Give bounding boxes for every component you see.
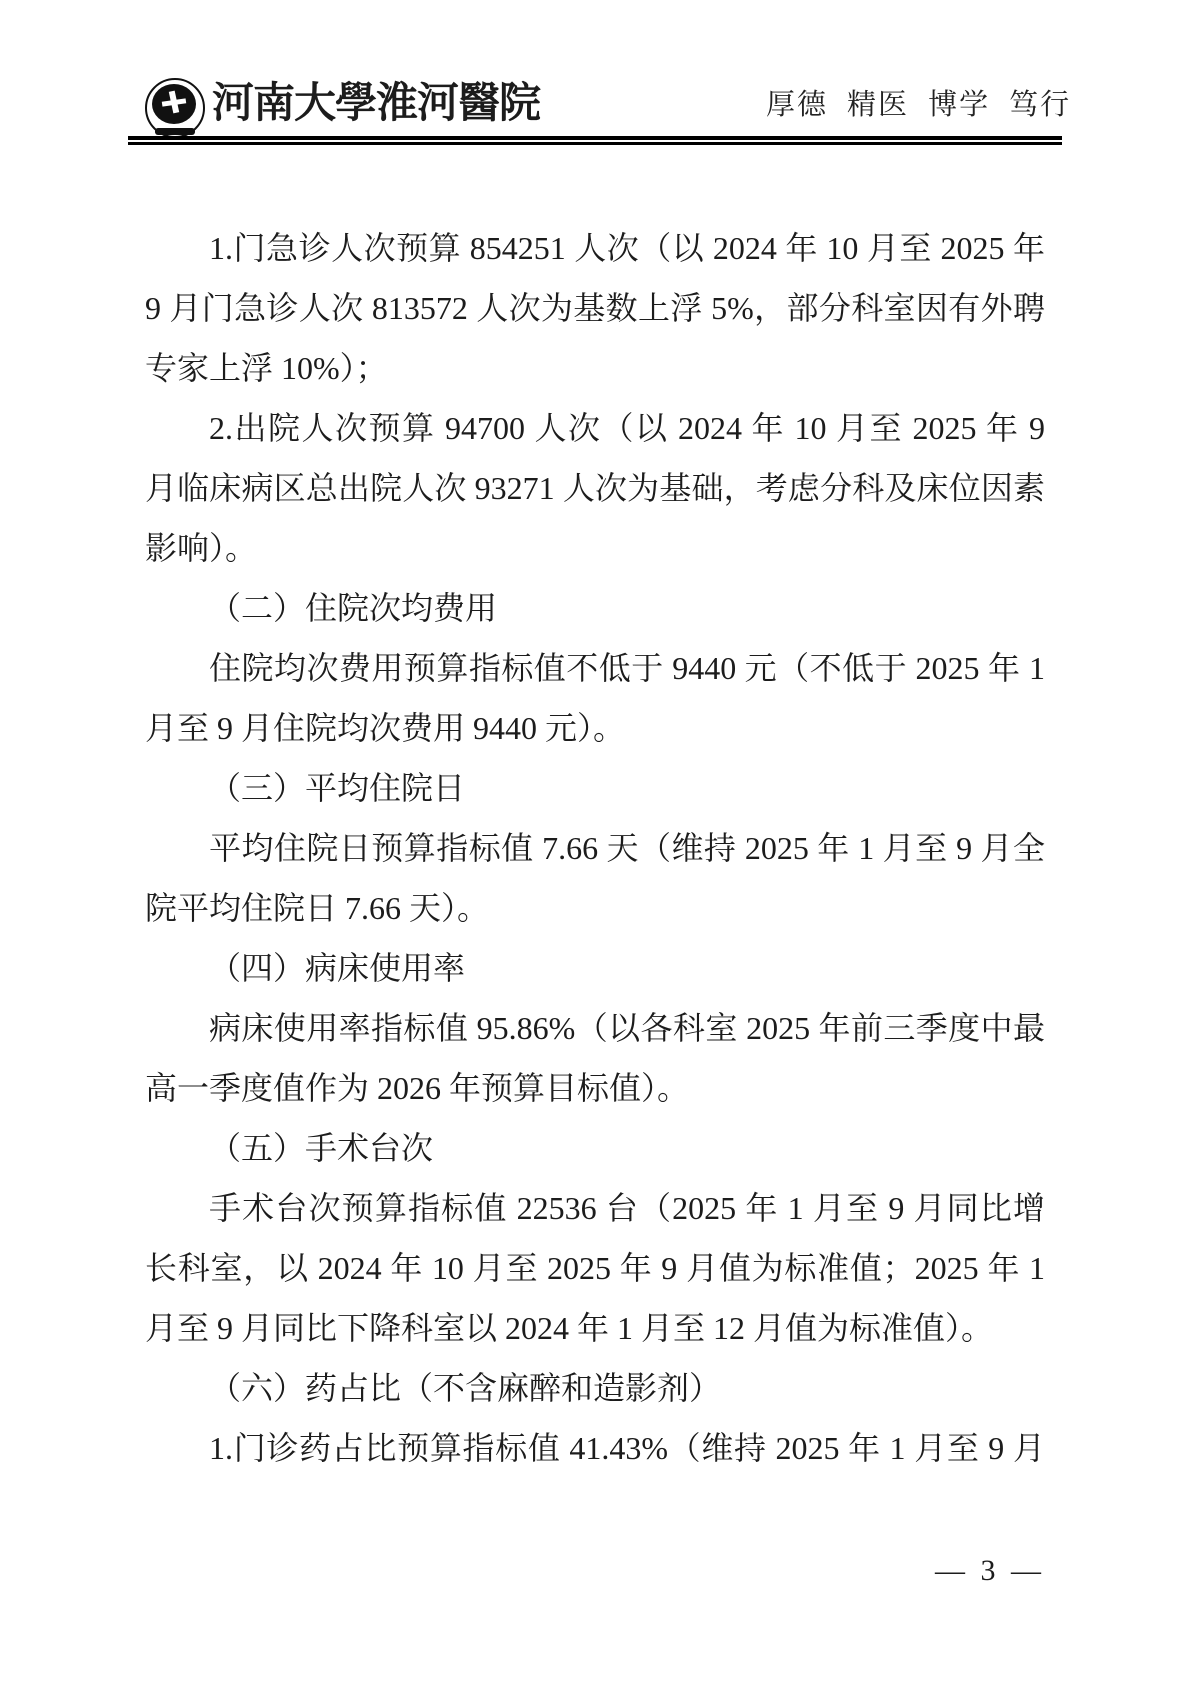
section-heading: （四）病床使用率 [145,938,1045,998]
text-line: 平均住院日预算指标值 7.66 天（维持 2025 年 1 月至 9 月全 [145,818,1045,878]
text-line: 9 月门急诊人次 813572 人次为基数上浮 5%，部分科室因有外聘 [145,278,1045,338]
page-number: — 3 — [935,1553,1045,1589]
document-body: 1.门急诊人次预算 854251 人次（以 2024 年 10 月至 2025 … [145,218,1045,1478]
text-line: 影响）。 [145,518,1045,578]
text-line: 月至 9 月同比下降科室以 2024 年 1 月至 12 月值为标准值）。 [145,1298,1045,1358]
text-line: 住院均次费用预算指标值不低于 9440 元（不低于 2025 年 1 [145,638,1045,698]
text-line: 月至 9 月住院均次费用 9440 元）。 [145,698,1045,758]
text-line: 2.出院人次预算 94700 人次（以 2024 年 10 月至 2025 年 … [145,398,1045,458]
header-motto: 厚德 精医 博学 笃行 [766,88,1071,122]
text-line: 手术台次预算指标值 22536 台（2025 年 1 月至 9 月同比增 [145,1178,1045,1238]
section-heading: （五）手术台次 [145,1118,1045,1178]
logo-banner [155,128,195,135]
text-line: 高一季度值作为 2026 年预算目标值）。 [145,1058,1045,1118]
section-heading: （六）药占比（不含麻醉和造影剂） [145,1358,1045,1418]
text-line: 长科室，以 2024 年 10 月至 2025 年 9 月值为标准值；2025 … [145,1238,1045,1298]
logo-disc [152,84,196,124]
text-line: 1.门急诊人次预算 854251 人次（以 2024 年 10 月至 2025 … [145,218,1045,278]
hospital-logo-icon [145,78,205,138]
hospital-name: 河南大學淮河醫院 [212,80,540,128]
document-page: 河南大學淮河醫院 厚德 精医 博学 笃行 1.门急诊人次预算 854251 人次… [0,0,1190,1683]
section-heading: （三）平均住院日 [145,758,1045,818]
text-line: 专家上浮 10%）； [145,338,1045,398]
text-line: 病床使用率指标值 95.86%（以各科室 2025 年前三季度中最 [145,998,1045,1058]
section-heading: （二）住院次均费用 [145,578,1045,638]
text-line: 院平均住院日 7.66 天）。 [145,878,1045,938]
text-line: 1.门诊药占比预算指标值 41.43%（维持 2025 年 1 月至 9 月 [145,1418,1045,1478]
header-rule [128,136,1062,145]
text-line: 月临床病区总出院人次 93271 人次为基础，考虑分科及床位因素 [145,458,1045,518]
